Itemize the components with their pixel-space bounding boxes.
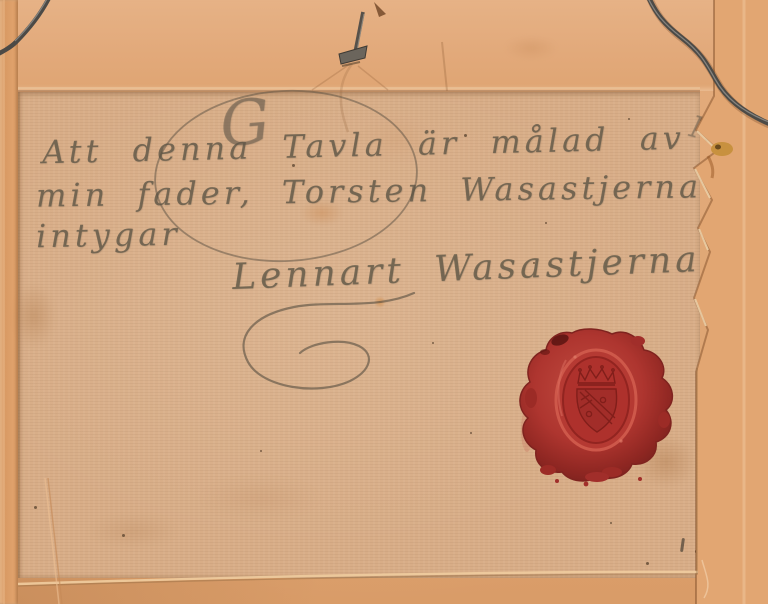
stain	[362, 118, 432, 160]
stain	[200, 478, 320, 518]
stain	[374, 296, 386, 308]
pencil-monogram: G	[217, 84, 273, 161]
stain	[300, 200, 344, 226]
outer-paper-top-strip	[0, 0, 768, 91]
inscription-line-3: intygar	[36, 215, 181, 256]
stain	[716, 286, 756, 366]
stain	[505, 36, 557, 60]
signature-lennart-wasastjerna: Lennart Wasastjerna	[231, 239, 701, 298]
backing-paper-panel: Att denna Tavla är målad av min fader, T…	[18, 92, 700, 578]
stain	[636, 436, 696, 488]
inscription-line-2: min fader, Torsten Wasastjerna	[36, 167, 703, 214]
framed-painting-back-photo: Att denna Tavla är målad av min fader, T…	[0, 0, 768, 604]
stain	[88, 514, 178, 548]
tear-hole	[711, 142, 733, 156]
pencil-margin-mark: N	[686, 109, 720, 149]
stain	[12, 284, 56, 348]
